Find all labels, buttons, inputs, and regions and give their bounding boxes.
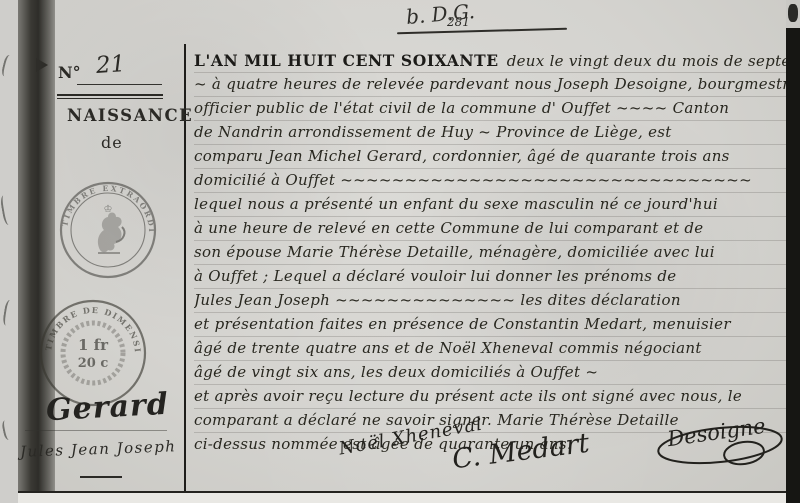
act-line: et présentation faites en présence de Co… bbox=[194, 313, 786, 337]
given-names-underline bbox=[80, 476, 122, 478]
signature-flourish-loop bbox=[723, 439, 766, 466]
act-line: Jules Jean Joseph ~~~~~~~~~~~~~~ les dit… bbox=[194, 289, 786, 313]
archival-mark-number: 281 bbox=[447, 15, 470, 29]
previous-page-edge bbox=[0, 0, 18, 503]
binding-notch bbox=[36, 58, 48, 72]
record-number-value: 21 bbox=[95, 51, 126, 79]
belgian-lion-icon bbox=[98, 213, 122, 253]
act-line: âgé de trente quatre ans et de Noël Xhen… bbox=[194, 337, 786, 361]
edge-ink-fragment bbox=[1, 419, 15, 441]
act-line: à Ouffet ; Lequel a déclaré vouloir lui … bbox=[194, 265, 786, 289]
record-type-title: NAISSANCE bbox=[67, 106, 193, 125]
act-text-block: L'AN MIL HUIT CENT SOIXANTEdeux le vingt… bbox=[194, 49, 786, 456]
officer-name-text: Desoigne bbox=[665, 414, 767, 452]
signature-officer-desoigne: Desoigne bbox=[646, 403, 794, 473]
record-number-label: N° bbox=[58, 63, 81, 82]
act-line: lequel nous a présenté un enfant du sexe… bbox=[194, 193, 786, 217]
act-line: officier public de l'état civil de la co… bbox=[194, 97, 786, 121]
act-line: ~ à quatre heures de relevée pardevant n… bbox=[194, 73, 786, 97]
act-line: domicilié à Ouffet ~~~~~~~~~~~~~~~~~~~~~… bbox=[194, 169, 786, 193]
scan-edge-blob bbox=[788, 4, 798, 22]
act-line: L'AN MIL HUIT CENT SOIXANTEdeux le vingt… bbox=[194, 49, 786, 73]
act-line: à une heure de relevé en cette Commune d… bbox=[194, 217, 786, 241]
edge-ink-fragment bbox=[2, 299, 16, 326]
next-record-strip bbox=[18, 493, 786, 503]
stamp-value-top: 1 fr bbox=[78, 336, 109, 354]
margin-separator-rule bbox=[57, 94, 163, 99]
act-line: son épouse Marie Thérèse Detaille, ménag… bbox=[194, 241, 786, 265]
edge-ink-fragment bbox=[0, 54, 15, 78]
act-line: âgé de vingt six ans, les deux domicilié… bbox=[194, 361, 786, 385]
act-line: de Nandrin arrondissement de Huy ~ Provi… bbox=[194, 121, 786, 145]
record-type-subtitle: de bbox=[101, 133, 123, 152]
birth-record-scan: b. D.G. 281 N° 21 NAISSANCE de TIMBRE EX… bbox=[0, 0, 800, 503]
surname-rule bbox=[25, 430, 167, 431]
lion-revenue-stamp: TIMBRE EXTRAORDINAIRE ♔ bbox=[58, 180, 158, 280]
child-surname: Gerard bbox=[45, 387, 169, 428]
stamp-value-bottom: 20 c bbox=[78, 356, 109, 371]
edge-ink-fragment bbox=[0, 194, 15, 225]
act-line: comparu Jean Michel Gerard, cordonnier, … bbox=[194, 145, 786, 169]
record-number-underline bbox=[77, 84, 162, 85]
printed-opening: L'AN MIL HUIT CENT SOIXANTE bbox=[194, 51, 499, 70]
handwritten-text: deux le vingt deux du mois de septembre bbox=[507, 52, 786, 70]
